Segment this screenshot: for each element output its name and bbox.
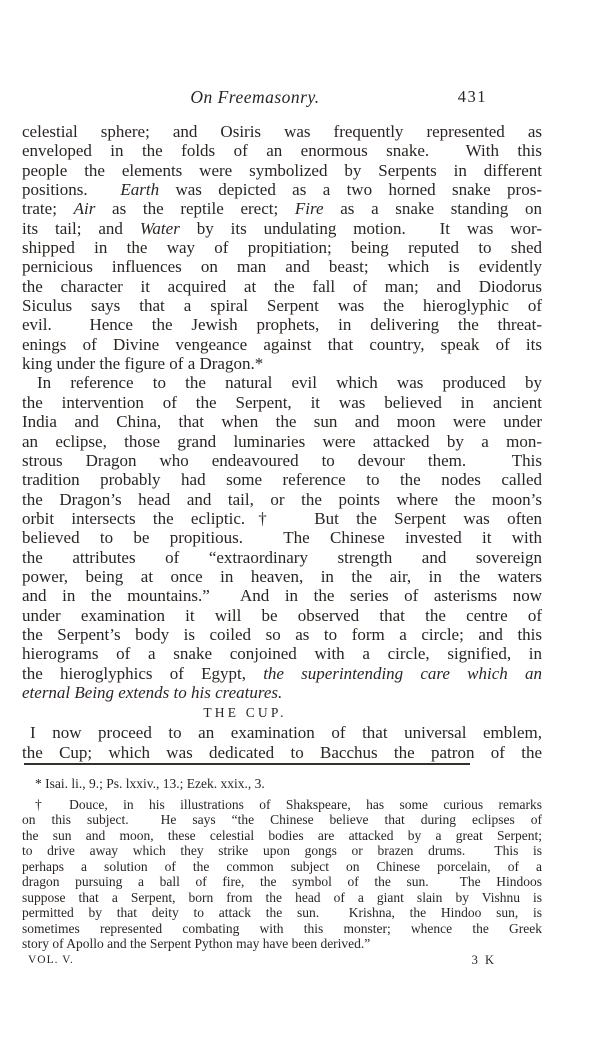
- footnote-line: suppose that a Serpent, born from the he…: [22, 890, 542, 906]
- footnote-line: perhaps a solution of the common subject…: [22, 859, 542, 875]
- text-segment: under examination it will be observed th…: [22, 606, 542, 625]
- volume-label: VOL. V.: [28, 953, 74, 967]
- italic-text: Air: [74, 199, 96, 218]
- body-line: king under the figure of a Dragon.*: [22, 354, 542, 373]
- text-segment: the Dragon’s head and tail, or the point…: [22, 490, 542, 509]
- text-segment: shipped in the way of propitiation; bein…: [22, 238, 542, 257]
- body-line: tradition probably had some reference to…: [22, 470, 542, 489]
- body-text: celestial sphere; and Osiris was frequen…: [22, 122, 542, 702]
- text-segment: India and China, that when the sun and m…: [22, 412, 542, 431]
- page-footer: VOL. V. 3 K: [22, 953, 542, 967]
- text-segment: * Isai. li., 9.; Ps. lxxiv., 13.; Ezek. …: [35, 776, 265, 791]
- italic-text: Earth: [120, 180, 159, 199]
- text-segment: by its undulating motion. It was wor-: [180, 219, 542, 238]
- body-line: the intervention of the Serpent, it was …: [22, 393, 542, 412]
- body-line: evil. Hence the Jewish prophets, in deli…: [22, 315, 542, 334]
- footnote-line: to drive away which they strike upon gon…: [22, 843, 542, 859]
- italic-text: the superintending care which an: [263, 664, 542, 683]
- text-segment: sometimes represented combating with thi…: [22, 921, 542, 936]
- section-heading: THE CUP.: [0, 705, 505, 720]
- body-line: pernicious influences on man and beast; …: [22, 257, 542, 276]
- text-segment: power, being at once in heaven, in the a…: [22, 567, 542, 586]
- body-line: believed to be propitious. The Chinese i…: [22, 528, 542, 547]
- body-line: the attributes of “extraordinary strengt…: [22, 548, 542, 567]
- text-segment: to drive away which they strike upon gon…: [22, 843, 542, 858]
- footnote-line: dragon pursuing a ball of fire, the symb…: [22, 874, 542, 890]
- text-segment: strous Dragon who endeavoured to devour …: [22, 451, 542, 470]
- body-line: I now proceed to an examination of that …: [22, 723, 542, 742]
- text-segment: orbit intersects the ecliptic.† But the …: [22, 509, 542, 528]
- text-segment: the hieroglyphics of Egypt,: [22, 664, 263, 683]
- footnote-line: sometimes represented combating with thi…: [22, 921, 542, 937]
- text-segment: and in the mountains.” And in the series…: [22, 586, 542, 605]
- footnote-group-1: * Isai. li., 9.; Ps. lxxiv., 13.; Ezek. …: [22, 776, 542, 792]
- text-segment: an eclipse, those grand luminaries were …: [22, 432, 542, 451]
- body-line: positions. Earth was depicted as a two h…: [22, 180, 542, 199]
- footnote-line: * Isai. li., 9.; Ps. lxxiv., 13.; Ezek. …: [22, 776, 542, 792]
- text-segment: perhaps a solution of the common subject…: [22, 859, 542, 874]
- italic-text: Fire: [295, 199, 324, 218]
- text-segment: story of Apollo and the Serpent Python m…: [22, 936, 370, 951]
- body-line: its tail; and Water by its undulating mo…: [22, 219, 542, 238]
- body-line: the Cup; which was dedicated to Bacchus …: [22, 743, 542, 762]
- footnote-line: † Douce, in his illustrations of Shakspe…: [22, 797, 542, 813]
- page-number: 431: [458, 88, 487, 106]
- body-line: the character it acquired at the fall of…: [22, 277, 542, 296]
- body-line: power, being at once in heaven, in the a…: [22, 567, 542, 586]
- signature-mark: 3 K: [472, 953, 496, 967]
- body-line: trate; Air as the reptile erect; Fire as…: [22, 199, 542, 218]
- text-segment: tradition probably had some reference to…: [22, 470, 542, 489]
- text-segment: as the reptile erect;: [95, 199, 295, 218]
- text-segment: its tail; and: [22, 219, 140, 238]
- footnote-line: story of Apollo and the Serpent Python m…: [22, 936, 542, 952]
- running-head: On Freemasonry. 431: [22, 88, 542, 106]
- text-segment: positions.: [22, 180, 120, 199]
- body-line: shipped in the way of propitiation; bein…: [22, 238, 542, 257]
- body-line: Siculus says that a spiral Serpent was t…: [22, 296, 542, 315]
- footnote-line: the sun and moon, these celestial bodies…: [22, 828, 542, 844]
- text-segment: In reference to the natural evil which w…: [37, 373, 542, 392]
- body-line: strous Dragon who endeavoured to devour …: [22, 451, 542, 470]
- body-line: India and China, that when the sun and m…: [22, 412, 542, 431]
- text-segment: believed to be propitious. The Chinese i…: [22, 528, 542, 547]
- text-segment: the Serpent’s body is coiled so as to fo…: [22, 625, 542, 644]
- text-segment: as a snake standing on: [324, 199, 542, 218]
- footnote-line: on this subject. He says “the Chinese be…: [22, 812, 542, 828]
- text-segment: hierograms of a snake conjoined with a c…: [22, 644, 542, 663]
- text-segment: I now proceed to an examination of that …: [30, 723, 542, 742]
- body-line: the Serpent’s body is coiled so as to fo…: [22, 625, 542, 644]
- text-segment: enings of Divine vengeance against that …: [22, 335, 542, 354]
- page-container: On Freemasonry. 431 celestial sphere; an…: [0, 0, 589, 1047]
- running-title: On Freemasonry.: [0, 88, 515, 106]
- footnote-line: permitted by that deity to attack the su…: [22, 905, 542, 921]
- text-segment: dragon pursuing a ball of fire, the symb…: [22, 874, 542, 889]
- body-line: eternal Being extends to his creatures.: [22, 683, 542, 702]
- body-line: the Dragon’s head and tail, or the point…: [22, 490, 542, 509]
- body-line: and in the mountains.” And in the series…: [22, 586, 542, 605]
- body-line: enveloped in the folds of an enormous sn…: [22, 141, 542, 160]
- text-segment: king under the figure of a Dragon.*: [22, 354, 263, 373]
- italic-text: Water: [140, 219, 180, 238]
- body-line: orbit intersects the ecliptic.† But the …: [22, 509, 542, 528]
- text-segment: the character it acquired at the fall of…: [22, 277, 542, 296]
- text-segment: Siculus says that a spiral Serpent was t…: [22, 296, 542, 315]
- text-segment: evil. Hence the Jewish prophets, in deli…: [22, 315, 542, 334]
- text-column: On Freemasonry. 431 celestial sphere; an…: [22, 88, 542, 967]
- text-segment: the attributes of “extraordinary strengt…: [22, 548, 542, 567]
- body-text-continued: I now proceed to an examination of that …: [22, 723, 542, 762]
- footnote-separator: [24, 763, 470, 765]
- footnote-group-2: † Douce, in his illustrations of Shakspe…: [22, 797, 542, 952]
- body-line: people the elements were symbolized by S…: [22, 161, 542, 180]
- body-line: celestial sphere; and Osiris was frequen…: [22, 122, 542, 141]
- text-segment: enveloped in the folds of an enormous sn…: [22, 141, 542, 160]
- text-segment: on this subject. He says “the Chinese be…: [22, 812, 542, 827]
- body-line: In reference to the natural evil which w…: [22, 373, 542, 392]
- text-segment: the Cup; which was dedicated to Bacchus …: [22, 743, 542, 762]
- body-line: an eclipse, those grand luminaries were …: [22, 432, 542, 451]
- text-segment: people the elements were symbolized by S…: [22, 161, 542, 180]
- body-line: enings of Divine vengeance against that …: [22, 335, 542, 354]
- body-line: under examination it will be observed th…: [22, 606, 542, 625]
- text-segment: suppose that a Serpent, born from the he…: [22, 890, 542, 905]
- text-segment: pernicious influences on man and beast; …: [22, 257, 542, 276]
- italic-text: eternal Being extends to his creatures.: [22, 683, 282, 702]
- text-segment: celestial sphere; and Osiris was frequen…: [22, 122, 542, 141]
- text-segment: permitted by that deity to attack the su…: [22, 905, 542, 920]
- body-line: the hieroglyphics of Egypt, the superint…: [22, 664, 542, 683]
- text-segment: † Douce, in his illustrations of Shakspe…: [35, 797, 542, 812]
- text-segment: was depicted as a two horned snake pros-: [159, 180, 542, 199]
- text-segment: the sun and moon, these celestial bodies…: [22, 828, 542, 843]
- text-segment: the intervention of the Serpent, it was …: [22, 393, 542, 412]
- text-segment: trate;: [22, 199, 74, 218]
- body-line: hierograms of a snake conjoined with a c…: [22, 644, 542, 663]
